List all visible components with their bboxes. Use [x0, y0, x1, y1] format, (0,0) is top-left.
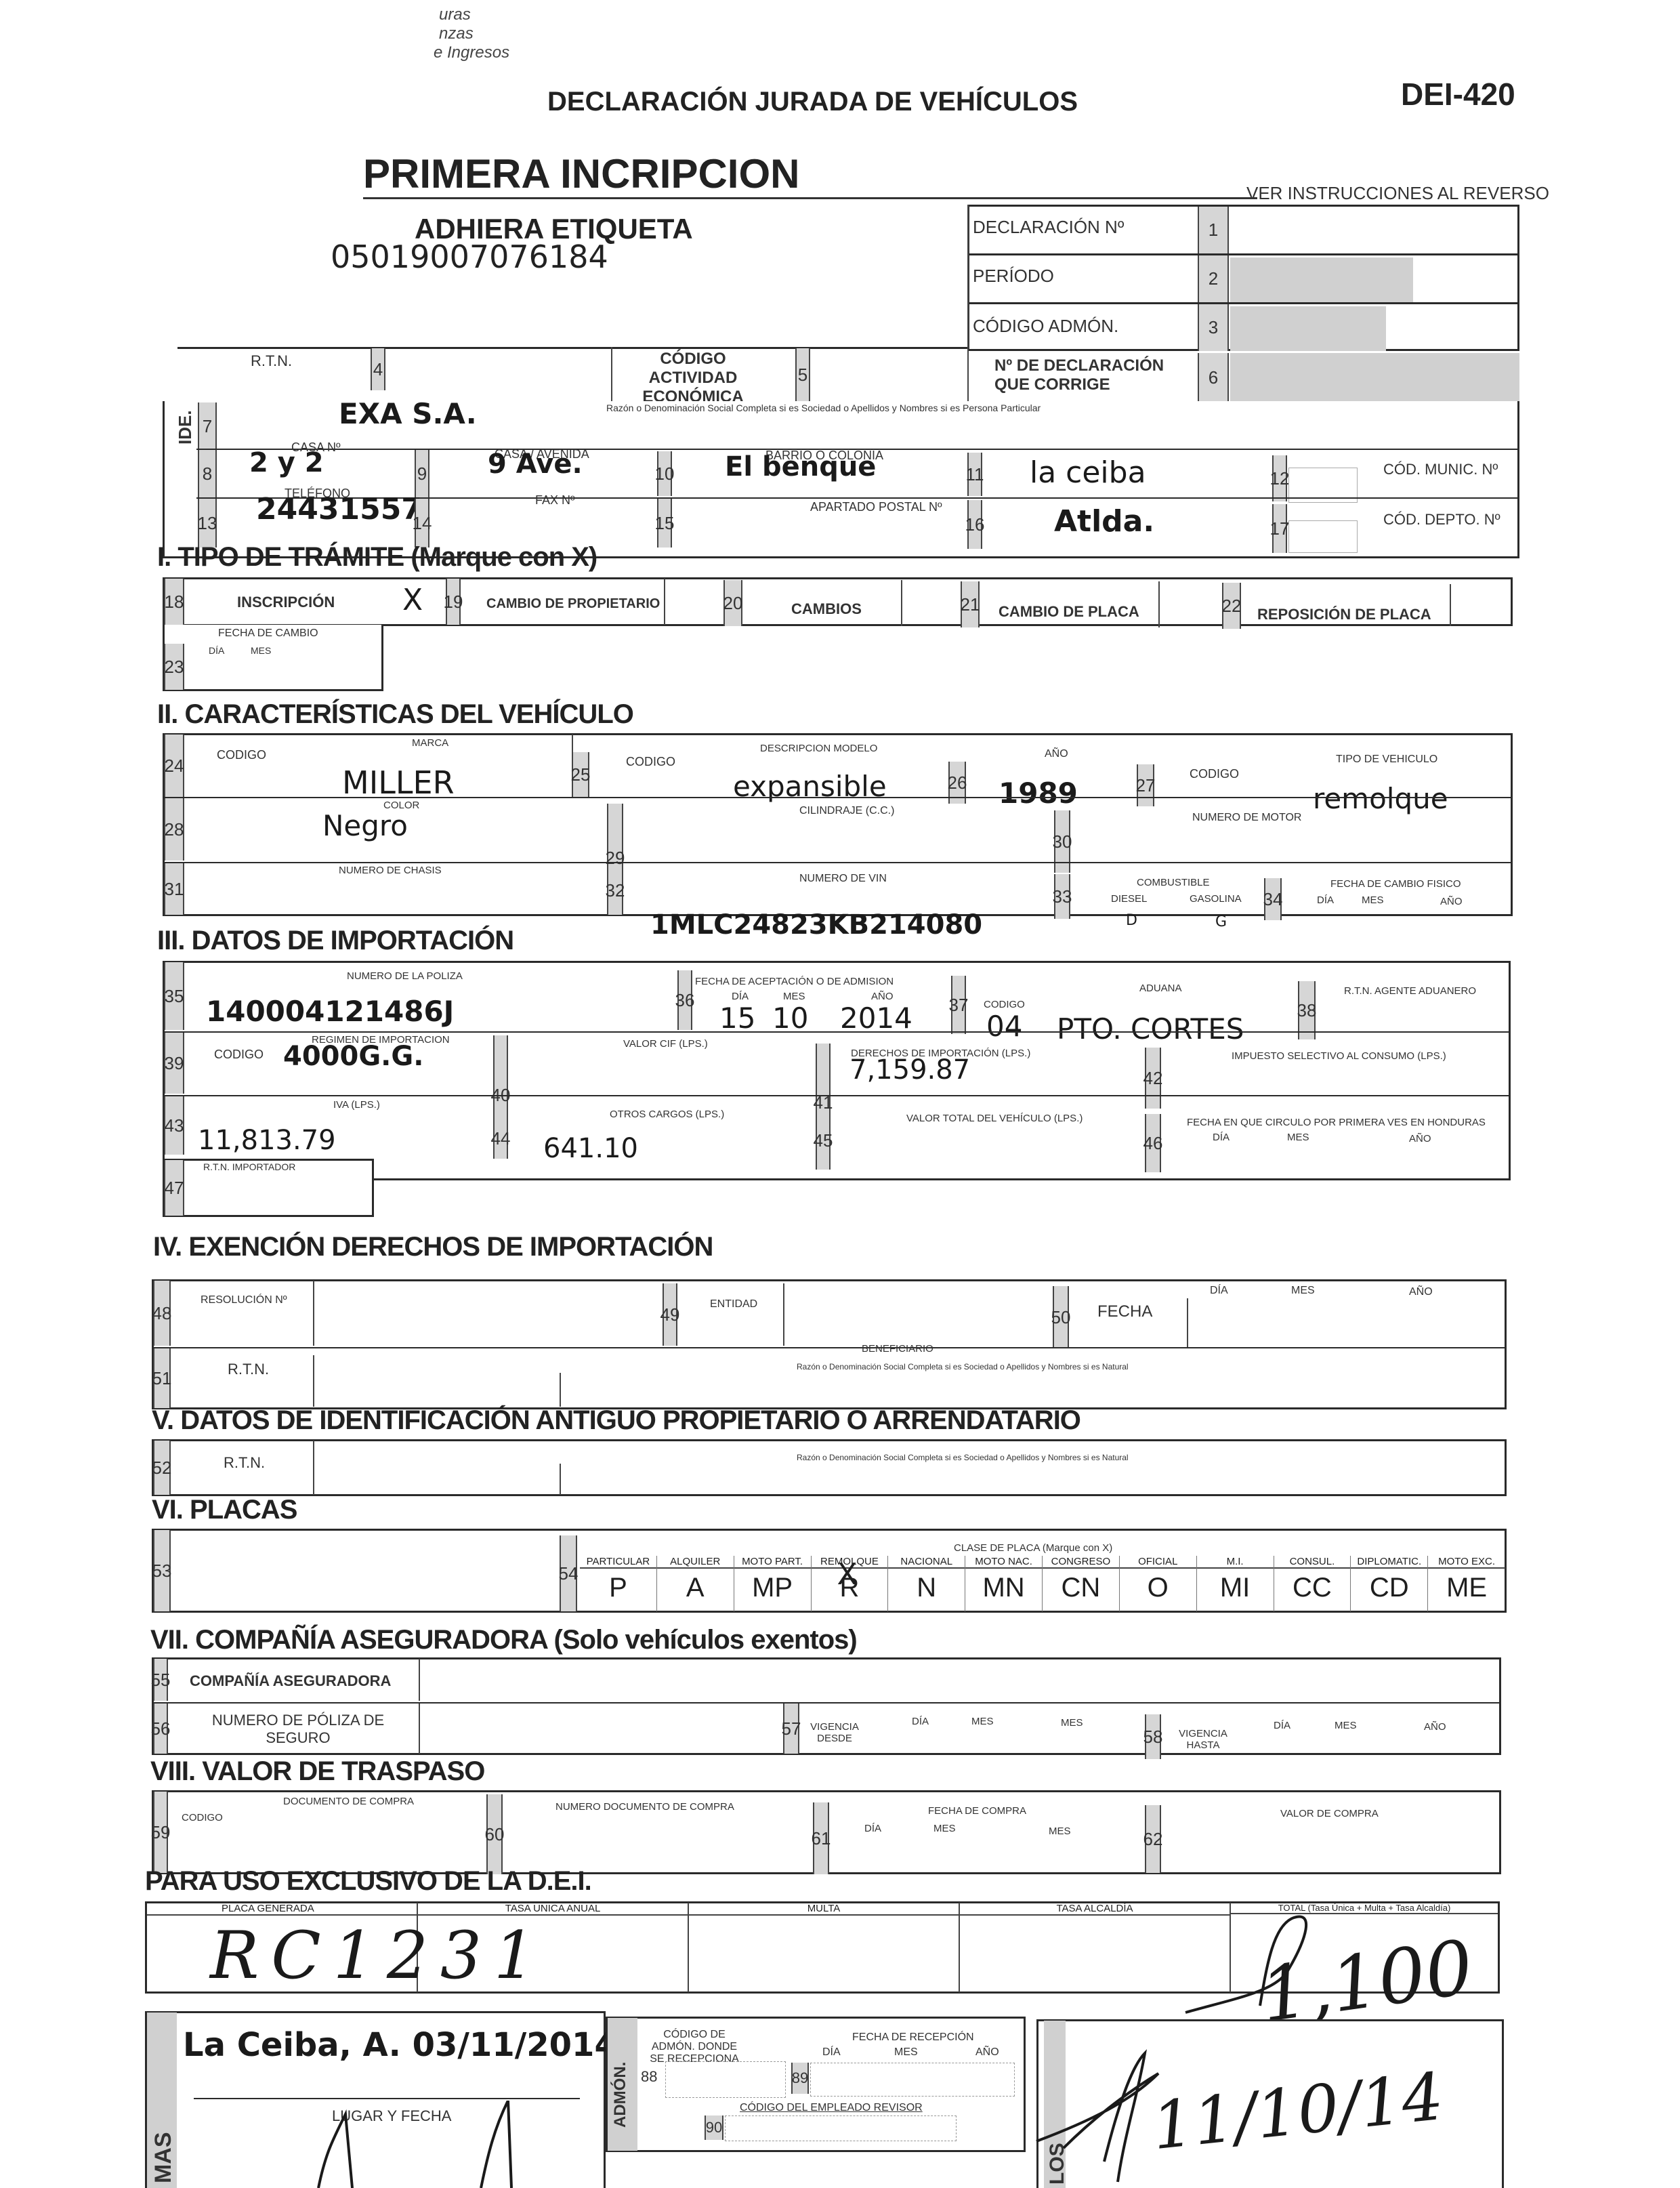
- agency-line-3: e Ingresos: [434, 43, 509, 62]
- exemption-month-label: MES: [1291, 1285, 1315, 1297]
- field-5-number: 5: [795, 348, 810, 401]
- field-2-number: 2: [1198, 255, 1229, 302]
- selective-tax-label: IMPUESTO SELECTIVO AL CONSUMO (LPS.): [1232, 1050, 1446, 1062]
- fax-label: FAX Nº: [535, 493, 575, 508]
- street-value[interactable]: 9 Ave.: [488, 449, 583, 480]
- engine-number-input[interactable]: [1072, 832, 1511, 873]
- plate-class-code: N: [888, 1573, 965, 1603]
- option-owner-change-mark[interactable]: [664, 579, 723, 625]
- displacement-label: CILINDRAJE (C.C.): [799, 805, 894, 817]
- section-3-title: III. DATOS DE IMPORTACIÓN: [157, 926, 513, 956]
- vat-value[interactable]: 11,813.79: [198, 1125, 336, 1156]
- other-charges-label: OTROS CARGOS (LPS.): [610, 1109, 724, 1120]
- field-15-number: 15: [657, 499, 672, 548]
- physical-change-date-label: FECHA DE CAMBIO FISICO: [1330, 878, 1461, 890]
- model-group-label: DESCRIPCION MODELO: [760, 743, 877, 754]
- reception-date-label: FECHA DE RECEPCIÓN: [852, 2031, 974, 2044]
- field-4-number: 4: [371, 348, 385, 390]
- form-title: DECLARACIÓN JURADA DE VEHÍCULOS: [547, 87, 1078, 117]
- correction-declaration-input[interactable]: [1230, 353, 1519, 402]
- economic-activity-label: CÓDIGO ACTIVIDAD ECONÓMICA: [615, 350, 771, 407]
- cif-value-label: VALOR CIF (LPS.): [623, 1038, 708, 1050]
- plate-class-label-text: OFICIAL: [1120, 1556, 1196, 1569]
- field-33-number: 33: [1054, 874, 1070, 919]
- plate-class-code: CN: [1043, 1573, 1119, 1603]
- beneficiary-rtn-label: R.T.N.: [228, 1361, 269, 1378]
- plate-class-label-text: NACIONAL: [888, 1556, 965, 1569]
- purchase-value-input[interactable]: [1164, 1824, 1500, 1873]
- customs-label: ADUANA: [1139, 983, 1182, 994]
- first-circulation-day-label: DÍA: [1213, 1132, 1230, 1143]
- signature-side-label: MAS: [150, 2132, 177, 2183]
- purchase-date-label: FECHA DE COMPRA: [928, 1805, 1026, 1817]
- field-62-number: 62: [1145, 1805, 1161, 1873]
- field-22-number: 22: [1222, 583, 1241, 629]
- field-11-number: 11: [967, 453, 982, 496]
- field-7-number: 7: [198, 402, 217, 450]
- reception-admin-code-label: CÓDIGO DE ADMÓN. DONDE SE RECEPCIONA: [644, 2029, 745, 2065]
- stamp-title: PRIMERA INCRIPCION: [363, 150, 1257, 199]
- plate-class-moto-exc[interactable]: MOTO EXC.ME: [1428, 1556, 1505, 1611]
- vin-label: NUMERO DE VIN: [799, 873, 887, 885]
- field-56-number: 56: [153, 1704, 168, 1754]
- rtn-input[interactable]: [386, 348, 611, 390]
- house-number-value[interactable]: 2 y 2: [249, 447, 324, 478]
- field-24-number: 24: [164, 735, 184, 797]
- acceptance-year-label: AÑO: [871, 991, 894, 1002]
- change-date-input[interactable]: [187, 657, 381, 688]
- change-date-day-label: DÍA: [209, 645, 224, 656]
- acceptance-date-label: FECHA DE ACEPTACIÓN O DE ADMISION: [695, 976, 894, 987]
- chassis-number-label: NUMERO DE CHASIS: [339, 865, 442, 876]
- field-37-number-cell: 37: [951, 976, 966, 1034]
- field-34-number: 34: [1264, 878, 1282, 920]
- generated-plate-handwritten: RC1231: [210, 1918, 547, 1994]
- field-55-number: 55: [153, 1659, 168, 1701]
- agency-line-2: nzas: [439, 24, 509, 43]
- cif-value-input[interactable]: [509, 1054, 807, 1092]
- acceptance-day-value[interactable]: 15: [719, 1002, 755, 1035]
- fuel-gasoline-label: GASOLINA: [1190, 893, 1242, 905]
- admin-code-input[interactable]: [1230, 306, 1386, 351]
- change-date-label: FECHA DE CAMBIO: [218, 627, 318, 640]
- import-duties-value[interactable]: 7,159.87: [849, 1054, 970, 1086]
- customs-name-value[interactable]: PTO. CORTES: [1057, 1012, 1244, 1046]
- section-1-title: I. TIPO DE TRÁMITE (Marque con X): [157, 542, 597, 573]
- section-7-title: VII. COMPAÑÍA ASEGURADORA (Solo vehículo…: [150, 1625, 857, 1655]
- importer-rtn-input[interactable]: [187, 1179, 371, 1214]
- validity-from-month-label: MES: [971, 1716, 994, 1727]
- purchase-month-label: MES: [933, 1823, 956, 1834]
- reception-date-input[interactable]: [810, 2063, 1015, 2097]
- other-charges-value[interactable]: 641.10: [543, 1133, 638, 1164]
- reception-month-label: MES: [894, 2046, 918, 2059]
- vehicle-type-value[interactable]: remolque: [1313, 782, 1448, 815]
- instructions-note: VER INSTRUCCIONES AL REVERSO: [1246, 183, 1549, 204]
- field-8-number: 8: [198, 450, 217, 497]
- plate-class-code: A: [657, 1573, 734, 1603]
- beneficiary-name-input[interactable]: [560, 1373, 1507, 1407]
- physical-change-year-label: AÑO: [1440, 896, 1463, 907]
- plate-class-code: CC: [1274, 1573, 1351, 1603]
- field-54-number: 54: [560, 1535, 577, 1611]
- identification-side-label: IDE.: [175, 410, 196, 445]
- validity-from-input[interactable]: [870, 1732, 1141, 1754]
- plate-class-label-text: MOTO NAC.: [965, 1556, 1042, 1569]
- field-58-number: 58: [1145, 1714, 1161, 1759]
- plate-class-consul[interactable]: CONSUL.CC: [1274, 1556, 1351, 1611]
- field-28-number: 28: [164, 798, 184, 861]
- vehicle-total-value-label: VALOR TOTAL DEL VEHÍCULO (LPS.): [906, 1113, 1083, 1124]
- option-plate-replacement-mark[interactable]: [1450, 584, 1512, 626]
- economic-activity-input[interactable]: [812, 348, 967, 401]
- field-89-number: 89: [791, 2063, 809, 2094]
- beneficiary-hint: Razón o Denominación Social Completa si …: [797, 1362, 1129, 1371]
- field-36-number: 36: [677, 970, 692, 1030]
- beneficiary-rtn-input[interactable]: [313, 1355, 558, 1407]
- field-88-number: 88: [641, 2068, 657, 2086]
- plate-class-code: ME: [1428, 1573, 1505, 1603]
- field-59-number: 59: [153, 1792, 168, 1873]
- taxpayer-name-hint: Razón o Denominación Social Completa si …: [606, 402, 1041, 413]
- field-12-number: 12: [1272, 455, 1287, 501]
- field-44-number: 44: [493, 1118, 508, 1159]
- validity-to-label: VIGENCIA HASTA: [1176, 1728, 1230, 1751]
- vin-value[interactable]: 1MLC24823KB214080: [650, 909, 982, 941]
- total-signature-stroke: [1179, 1911, 1382, 2019]
- first-circulation-year-label: AÑO: [1409, 1133, 1431, 1144]
- fuel-diesel-label: DIESEL: [1111, 893, 1147, 905]
- import-regime-code-label: CODIGO: [214, 1048, 264, 1062]
- change-date-month-label: MES: [251, 645, 271, 656]
- field-39-number: 39: [164, 1033, 184, 1094]
- field-25-number: 25: [572, 752, 589, 797]
- customs-agent-rtn-input[interactable]: [1318, 1007, 1509, 1039]
- year-group-label: AÑO: [1045, 748, 1068, 760]
- engine-number-label: NUMERO DE MOTOR: [1192, 812, 1301, 824]
- section-4-title: IV. EXENCIÓN DERECHOS DE IMPORTACIÓN: [153, 1232, 713, 1262]
- field-32-number: 32: [607, 866, 623, 915]
- official-signature: [1023, 2026, 1213, 2188]
- label-number: 05019007076184: [331, 239, 608, 275]
- field-43-number: 43: [164, 1096, 184, 1155]
- field-13-number: 13: [198, 499, 217, 548]
- option-inscription-mark[interactable]: X: [402, 583, 423, 617]
- period-input[interactable]: [1230, 257, 1413, 302]
- customs-agent-rtn-label: R.T.N. AGENTE ADUANERO: [1344, 985, 1476, 997]
- field-20-number: 20: [723, 580, 742, 626]
- previous-owner-name-hint: Razón o Denominación Social Completa si …: [797, 1453, 1129, 1462]
- plate-class-label-text: ALQUILER: [657, 1556, 734, 1569]
- fine-label: MULTA: [689, 1903, 959, 1916]
- plate-class-label-text: CONSUL.: [1274, 1556, 1351, 1569]
- plate-class-label-text: MOTO PART.: [734, 1556, 811, 1569]
- plate-class-congreso[interactable]: CONGRESOCN: [1043, 1556, 1120, 1611]
- exemption-year-label: AÑO: [1409, 1286, 1433, 1298]
- rtn-label: R.T.N.: [251, 352, 292, 370]
- field-21-number: 21: [961, 581, 980, 627]
- fine-cell[interactable]: MULTA: [689, 1903, 960, 1992]
- policy-number-label: NUMERO DE LA POLIZA: [347, 970, 463, 982]
- first-circulation-month-label: MES: [1287, 1132, 1309, 1143]
- field-16-number: 16: [967, 500, 982, 549]
- field-30-number: 30: [1054, 810, 1070, 873]
- plate-class-x-mark: X: [837, 1557, 858, 1592]
- plate-class-moto-nac[interactable]: MOTO NAC.MN: [965, 1556, 1043, 1611]
- purchase-year-label: MES: [1049, 1825, 1071, 1837]
- plate-class-code: MI: [1197, 1573, 1274, 1603]
- fuel-label: COMBUSTIBLE: [1137, 877, 1210, 888]
- plate-class-label-text: PARTICULAR: [580, 1556, 656, 1569]
- field-52-number: 52: [153, 1441, 171, 1495]
- plate-class-label-text: MOTO EXC.: [1428, 1556, 1505, 1569]
- acceptance-month-label: MES: [783, 991, 805, 1002]
- field-31-number: 31: [164, 863, 184, 915]
- brand-group-label: MARCA: [412, 737, 448, 749]
- purchase-date-input[interactable]: [832, 1838, 1141, 1874]
- year-value[interactable]: 1989: [999, 777, 1078, 810]
- declaration-number-label: DECLARACIÓN Nº: [973, 217, 1124, 238]
- plate-class-mi[interactable]: M.I.MI: [1197, 1556, 1274, 1611]
- import-regime-value[interactable]: 4000G.G.: [283, 1041, 423, 1072]
- plate-class-code: MP: [734, 1573, 811, 1603]
- fuel-gasoline-option[interactable]: G: [1215, 913, 1227, 930]
- option-plate-change-mark[interactable]: [1158, 581, 1221, 627]
- validity-to-input[interactable]: [1232, 1736, 1500, 1754]
- color-value[interactable]: Negro: [322, 809, 408, 842]
- field-57-number: 57: [783, 1704, 799, 1754]
- field-35-number: 35: [164, 962, 184, 1030]
- exemption-date-label: FECHA: [1097, 1302, 1152, 1321]
- section-8-title: VIII. VALOR DE TRASPASO: [150, 1756, 484, 1787]
- chassis-number-input[interactable]: [187, 881, 604, 913]
- field-45-number: 45: [816, 1111, 831, 1170]
- field-53-number: 53: [153, 1530, 171, 1611]
- acceptance-year-value[interactable]: 2014: [840, 1002, 912, 1035]
- insurance-company-label: COMPAÑÍA ASEGURADORA: [190, 1672, 391, 1690]
- field-17-number: 17: [1272, 504, 1287, 553]
- reception-side-label: ADMÓN.: [611, 2062, 630, 2128]
- plate-class-particular[interactable]: PARTICULARP: [580, 1556, 657, 1611]
- place-date-value[interactable]: La Ceiba, A. 03/11/2014: [183, 2026, 617, 2064]
- insurance-company-input[interactable]: [419, 1659, 1501, 1701]
- model-code-label: CODIGO: [626, 755, 675, 769]
- taxpayer-signature: [305, 2101, 522, 2188]
- purchase-document-label: DOCUMENTO DE COMPRA: [283, 1796, 414, 1807]
- section-2-title: II. CARACTERÍSTICAS DEL VEHÍCULO: [157, 699, 633, 730]
- form-code: DEI-420: [1401, 76, 1515, 112]
- vehicle-total-value-input[interactable]: [833, 1128, 1142, 1168]
- city-value[interactable]: la ceiba: [1030, 455, 1146, 490]
- correction-declaration-label: Nº DE DECLARACIÓN QUE CORRIGE: [994, 356, 1184, 394]
- plate-class-remolque[interactable]: REMOLQUERX: [812, 1556, 889, 1611]
- neighborhood-value[interactable]: El benque: [725, 451, 876, 482]
- reception-day-label: DÍA: [822, 2046, 841, 2059]
- purchase-day-label: DÍA: [864, 1823, 881, 1834]
- plate-class-code: P: [580, 1573, 656, 1603]
- field-48-number: 48: [153, 1281, 171, 1346]
- plate-class-label: CLASE DE PLACA (Marque con X): [954, 1542, 1112, 1554]
- validity-to-day-label: DÍA: [1274, 1720, 1290, 1731]
- taxpayer-name[interactable]: EXA S.A.: [339, 397, 477, 430]
- option-plate-change-label: CAMBIO DE PLACA: [999, 603, 1139, 621]
- first-circulation-label: FECHA EN QUE CIRCULO POR PRIMERA VES EN …: [1187, 1117, 1486, 1128]
- plate-class-label-text: M.I.: [1197, 1556, 1274, 1569]
- option-changes-mark[interactable]: [901, 580, 961, 626]
- field-37-num-text: 37: [949, 995, 969, 1016]
- physical-change-day-label: DÍA: [1317, 894, 1334, 906]
- field-49-number: 49: [663, 1283, 677, 1346]
- validity-from-day-label: DÍA: [912, 1716, 929, 1727]
- field-42-number: 42: [1145, 1048, 1161, 1109]
- plate-class-alquiler[interactable]: ALQUILERA: [657, 1556, 734, 1611]
- resolution-number-label: RESOLUCIÓN Nº: [201, 1294, 287, 1306]
- option-plate-replacement-label: REPOSICIÓN DE PLACA: [1257, 606, 1431, 623]
- plate-class-label-text: DIPLOMATIC.: [1351, 1556, 1427, 1569]
- resolution-number-input[interactable]: [313, 1281, 667, 1346]
- declaration-number-input[interactable]: [1230, 207, 1517, 253]
- customs-code-label: CODIGO: [984, 999, 1025, 1010]
- field-90-number: 90: [705, 2115, 723, 2140]
- entity-input[interactable]: [783, 1283, 1055, 1346]
- purchase-value-label: VALOR DE COMPRA: [1280, 1808, 1379, 1819]
- municipality-code-label: CÓD. MUNIC. Nº: [1383, 461, 1498, 478]
- field-18-number: 18: [164, 579, 184, 625]
- field-61-number: 61: [813, 1802, 829, 1874]
- admin-code-label: CÓDIGO ADMÓN.: [973, 316, 1118, 337]
- brand-code-label: CODIGO: [217, 748, 266, 762]
- reviewer-code-label: CÓDIGO DEL EMPLEADO REVISOR: [740, 2102, 923, 2114]
- importer-rtn-label: R.T.N. IMPORTADOR: [203, 1161, 295, 1172]
- acceptance-month-value[interactable]: 10: [772, 1002, 808, 1035]
- plate-class-code: O: [1120, 1573, 1196, 1603]
- policy-number-value[interactable]: 140004121486J: [206, 995, 454, 1028]
- po-box-label: APARTADO POSTAL Nº: [810, 500, 942, 514]
- option-changes-label: CAMBIOS: [791, 600, 862, 618]
- field-10-number: 10: [657, 451, 672, 496]
- field-50-number: 50: [1053, 1286, 1069, 1348]
- section-5-title: V. DATOS DE IDENTIFICACIÓN ANTIGUO PROPI…: [152, 1405, 1080, 1436]
- field-60-number: 60: [486, 1794, 503, 1874]
- reviewer-code-input[interactable]: [725, 2115, 957, 2141]
- field-23-number: 23: [164, 644, 184, 690]
- plate-class-code: MN: [965, 1573, 1042, 1603]
- agency-line-1: uras: [439, 5, 509, 24]
- purchase-document-number-label: NUMERO DOCUMENTO DE COMPRA: [555, 1801, 734, 1813]
- annual-fee-label: TASA UNICA ANUAL: [418, 1903, 688, 1916]
- reception-year-label: AÑO: [975, 2046, 999, 2059]
- acceptance-day-label: DÍA: [732, 991, 749, 1002]
- agency-name: uras nzas e Ingresos: [439, 5, 509, 62]
- field-46-number: 46: [1145, 1114, 1161, 1172]
- exemption-day-label: DÍA: [1210, 1285, 1228, 1297]
- section-6-title: VI. PLACAS: [152, 1495, 297, 1525]
- plate-class-label-text: CONGRESO: [1043, 1556, 1119, 1569]
- option-owner-change-label: CAMBIO DE PROPIETARIO: [486, 596, 660, 612]
- fuel-diesel-option[interactable]: D: [1126, 912, 1137, 929]
- field-51-number: 51: [153, 1348, 171, 1408]
- entity-label: ENTIDAD: [710, 1298, 757, 1310]
- field-9-number: 9: [415, 450, 429, 497]
- previous-owner-rtn-input[interactable]: [313, 1441, 558, 1495]
- plate-number-input[interactable]: [173, 1556, 558, 1611]
- previous-owner-name-input[interactable]: [560, 1464, 1507, 1495]
- validity-to-year-label: AÑO: [1424, 1721, 1446, 1733]
- department-code-label: CÓD. DEPTO. Nº: [1383, 511, 1500, 529]
- insurance-policy-input[interactable]: [419, 1704, 783, 1754]
- period-label: PERÍODO: [973, 266, 1054, 287]
- field-19-number: 19: [446, 579, 461, 625]
- exemption-date-input[interactable]: [1187, 1298, 1507, 1347]
- plate-class-oficial[interactable]: OFICIALO: [1120, 1556, 1197, 1611]
- purchase-document-code-label: CODIGO: [182, 1812, 223, 1823]
- field-27-number: 27: [1137, 764, 1154, 806]
- beneficiary-label: BENEFICIARIO: [862, 1343, 933, 1355]
- physical-change-month-label: MES: [1362, 894, 1384, 906]
- validity-from-label: VIGENCIA DESDE: [807, 1721, 862, 1744]
- validity-from-year-label: MES: [1061, 1717, 1083, 1729]
- field-14-number: 14: [415, 499, 429, 548]
- field-1-number: 1: [1198, 207, 1229, 253]
- plate-class-diplomatic[interactable]: DIPLOMATIC.CD: [1351, 1556, 1428, 1611]
- plate-class-code: CD: [1351, 1573, 1427, 1603]
- option-inscription-label: INSCRIPCIÓN: [237, 594, 335, 611]
- field-47-number: 47: [164, 1160, 184, 1216]
- department-value[interactable]: Atlda.: [1054, 504, 1154, 539]
- department-code-input[interactable]: [1288, 520, 1358, 553]
- field-3-number: 3: [1198, 304, 1229, 351]
- plate-class-grid: PARTICULARP ALQUILERA MOTO PART.MP REMOL…: [580, 1556, 1505, 1611]
- first-circulation-date-input[interactable]: [1164, 1148, 1509, 1174]
- previous-owner-rtn-label: R.T.N.: [224, 1454, 265, 1472]
- generated-plate-label: PLACA GENERADA: [147, 1903, 417, 1916]
- selective-tax-input[interactable]: [1164, 1067, 1509, 1109]
- reception-admin-code-input[interactable]: [665, 2061, 786, 2098]
- dei-section-title: PARA USO EXCLUSIVO DE LA D.E.I.: [145, 1866, 591, 1897]
- physical-change-date-input[interactable]: [1284, 908, 1511, 916]
- plate-class-nacional[interactable]: NACIONALN: [888, 1556, 965, 1611]
- po-box-input[interactable]: [806, 518, 966, 548]
- field-6-number: 6: [1198, 353, 1229, 402]
- phone-value[interactable]: 24431557: [256, 492, 422, 527]
- vehicle-type-group-label: TIPO DE VEHICULO: [1336, 754, 1437, 766]
- validity-to-month-label: MES: [1335, 1720, 1357, 1731]
- displacement-input[interactable]: [626, 819, 1050, 866]
- brand-value[interactable]: MILLER: [342, 764, 455, 801]
- plate-class-moto-part[interactable]: MOTO PART.MP: [734, 1556, 812, 1611]
- customs-code-value[interactable]: 04: [986, 1010, 1022, 1043]
- vehicle-type-code-label: CODIGO: [1190, 767, 1239, 781]
- insurance-policy-label: NUMERO DE PÓLIZA DE SEGURO: [210, 1712, 386, 1747]
- vat-label: IVA (LPS.): [333, 1099, 380, 1111]
